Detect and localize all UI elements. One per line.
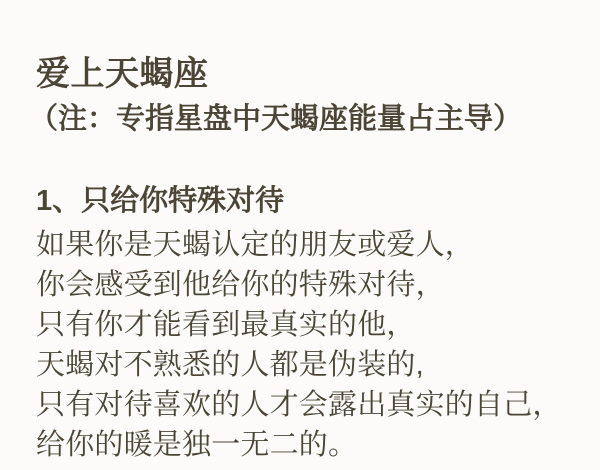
- body-line: 你会感受到他给你的特殊对待，: [36, 265, 572, 305]
- article-subtitle: （注：专指星盘中天蝎座能量占主导）: [29, 100, 572, 138]
- article-title: 爱上天蝎座: [36, 52, 572, 96]
- body-line: 只有你才能看到最真实的他，: [36, 305, 572, 345]
- body-line: 给你的暖是独一无二的。: [36, 425, 572, 465]
- body-line: 天蝎对不熟悉的人都是伪装的,: [36, 345, 572, 385]
- section-body: 如果你是天蝎认定的朋友或爱人， 你会感受到他给你的特殊对待， 只有你才能看到最真…: [36, 225, 572, 465]
- body-line: 只有对待喜欢的人才会露出真实的自己，: [36, 385, 572, 425]
- body-line: 如果你是天蝎认定的朋友或爱人，: [36, 225, 572, 265]
- text-post-page: 爱上天蝎座 （注：专指星盘中天蝎座能量占主导） 1、只给你特殊对待 如果你是天蝎…: [0, 0, 600, 470]
- section-heading: 1、只给你特殊对待: [36, 182, 572, 220]
